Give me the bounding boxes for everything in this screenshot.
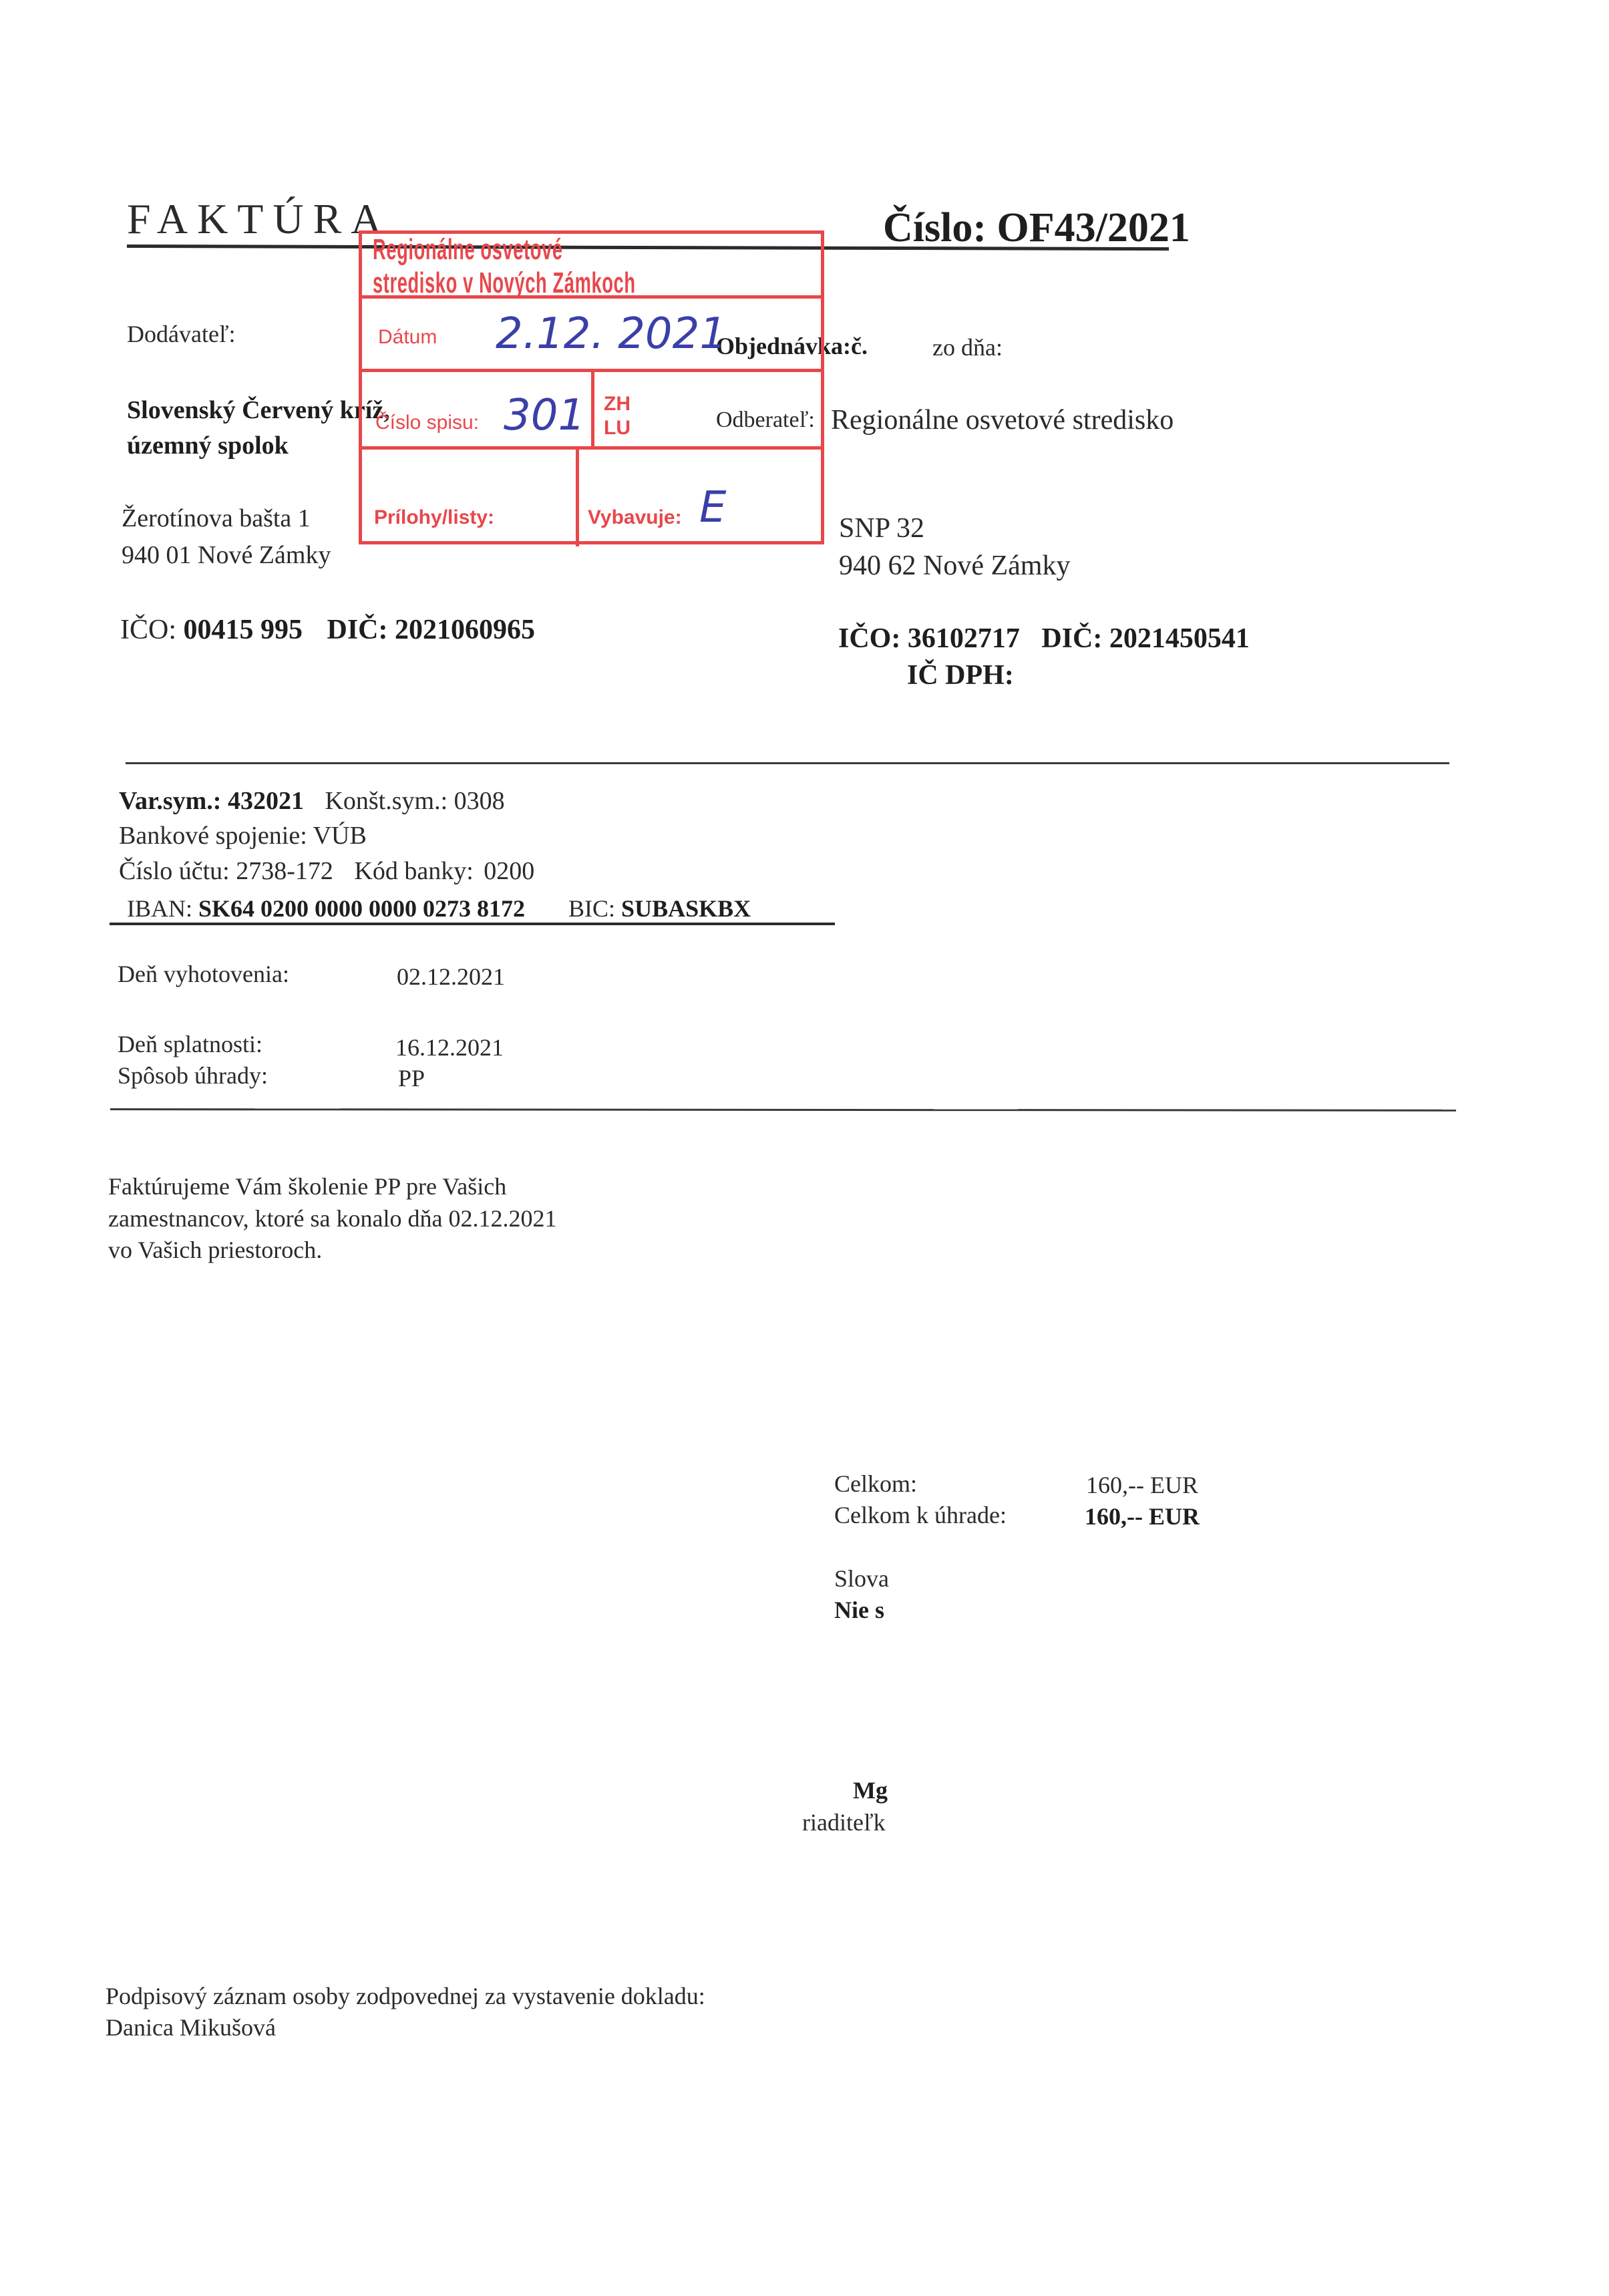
account-value: 2738-172 <box>236 857 333 885</box>
description-line2: zamestnancov, ktoré sa konalo dňa 02.12.… <box>108 1206 556 1231</box>
order-date-label: zo dňa: <box>932 335 1003 359</box>
stamp-zh-label: ZH <box>604 394 631 414</box>
stamp-file-number-label: Číslo spisu: <box>375 413 479 433</box>
issued-label: Deň vyhotovenia: <box>118 962 289 986</box>
stamp-attachments-label: Prílohy/listy: <box>374 508 494 528</box>
customer-address-line1: SNP 32 <box>839 514 924 542</box>
supplier-dic-value: 2021060965 <box>395 615 535 645</box>
iban-row: IBAN: SK64 0200 0000 0000 0273 8172 BIC:… <box>127 896 751 921</box>
stamp-handled-by-label: Vybavuje: <box>588 508 682 528</box>
stamp-lu-label: LU <box>604 418 631 438</box>
supplier-name-line2: územný spolok <box>127 433 289 458</box>
to-pay-label: Celkom k úhrade: <box>834 1503 1007 1527</box>
registry-stamp: Regionálne osvetové stredisko v Nových Z… <box>359 230 824 544</box>
iban-value: SK64 0200 0000 0000 0273 8172 <box>198 895 525 922</box>
stamp-header: Regionálne osvetové stredisko v Nových Z… <box>373 233 651 300</box>
words-label: Slova <box>834 1567 889 1591</box>
konst-sym-value: 0308 <box>454 787 505 815</box>
bic-label: BIC: <box>568 895 615 922</box>
supplier-label: Dodávateľ: <box>127 322 236 346</box>
account-row: Číslo účtu: 2738-172 Kód banky: 0200 <box>119 858 534 884</box>
to-pay-value: 160,-- EUR <box>1085 1504 1200 1528</box>
signatory-role: riaditeľk <box>802 1810 886 1834</box>
supplier-dic-label: DIČ: <box>327 615 388 645</box>
supplier-address-line2: 940 01 Nové Zámky <box>122 542 331 568</box>
description-line1: Faktúrujeme Vám školenie PP pre Vašich <box>108 1174 506 1198</box>
konst-sym-label: Konšt.sym.: <box>325 787 448 815</box>
total-value: 160,-- EUR <box>1086 1473 1198 1497</box>
bank-code-label: Kód banky: <box>354 857 473 885</box>
record-name: Danica Mikušová <box>106 2015 276 2039</box>
due-value: 16.12.2021 <box>395 1035 504 1059</box>
invoice-number: Číslo: OF43/2021 <box>883 207 1190 249</box>
record-label: Podpisový záznam osoby zodpovednej za vy… <box>106 1984 705 2008</box>
supplier-ico-label: IČO: <box>120 615 176 645</box>
supplier-ico-value: 00415 995 <box>184 615 303 645</box>
stamp-divider <box>362 446 821 450</box>
customer-ico: IČO: 36102717 DIČ: 2021450541 <box>838 625 1250 653</box>
stamp-file-number-value: 301 <box>504 394 585 437</box>
signatory-name: Mg <box>853 1778 888 1802</box>
issued-value: 02.12.2021 <box>397 965 505 989</box>
description-line3: vo Vašich priestoroch. <box>108 1238 322 1262</box>
stamp-handled-by-value: E <box>699 486 726 529</box>
section-divider-2 <box>110 1108 1456 1112</box>
bank-connection: Bankové spojenie: VÚB <box>119 823 367 848</box>
document-title: FAKTÚRA <box>127 198 391 240</box>
customer-dic-value: 2021450541 <box>1109 623 1250 654</box>
method-value: PP <box>398 1066 425 1090</box>
customer-dic-label: DIČ: <box>1041 623 1102 654</box>
supplier-ico: IČO: 00415 995 DIČ: 2021060965 <box>120 616 535 644</box>
vat-note: Nie s <box>834 1598 884 1622</box>
bank-value: VÚB <box>313 822 367 850</box>
bic-value: SUBASKBX <box>621 895 751 922</box>
customer-name: Regionálne osvetové stredisko <box>831 406 1174 434</box>
customer-ico-value: 36102717 <box>908 623 1020 654</box>
bank-label: Bankové spojenie: <box>119 822 307 850</box>
var-sym-value: 432021 <box>228 787 304 815</box>
customer-vat-label: IČ DPH: <box>907 661 1014 689</box>
account-label: Číslo účtu: <box>119 857 230 885</box>
stamp-date-label: Dátum <box>378 327 437 347</box>
var-sym-label: Var.sym.: <box>119 787 221 815</box>
method-label: Spôsob úhrady: <box>118 1063 268 1088</box>
stamp-divider <box>362 295 821 299</box>
bank-code-value: 0200 <box>484 857 534 885</box>
iban-label: IBAN: <box>127 895 192 922</box>
iban-underline <box>110 923 835 925</box>
due-label: Deň splatnosti: <box>118 1032 262 1056</box>
section-divider-1 <box>126 762 1449 764</box>
stamp-date-value: 2.12. 2021 <box>496 313 727 355</box>
stamp-divider <box>591 369 594 449</box>
customer-ico-label: IČO: <box>838 623 900 654</box>
customer-address-line2: 940 62 Nové Zámky <box>839 552 1070 580</box>
total-label: Celkom: <box>834 1472 917 1496</box>
supplier-address-line1: Žerotínova bašta 1 <box>122 506 311 531</box>
supplier-name-line1: Slovenský Červený kríž, <box>127 397 390 423</box>
payment-symbols: Var.sym.: 432021 Konšt.sym.: 0308 <box>119 788 505 814</box>
stamp-divider <box>576 446 579 546</box>
